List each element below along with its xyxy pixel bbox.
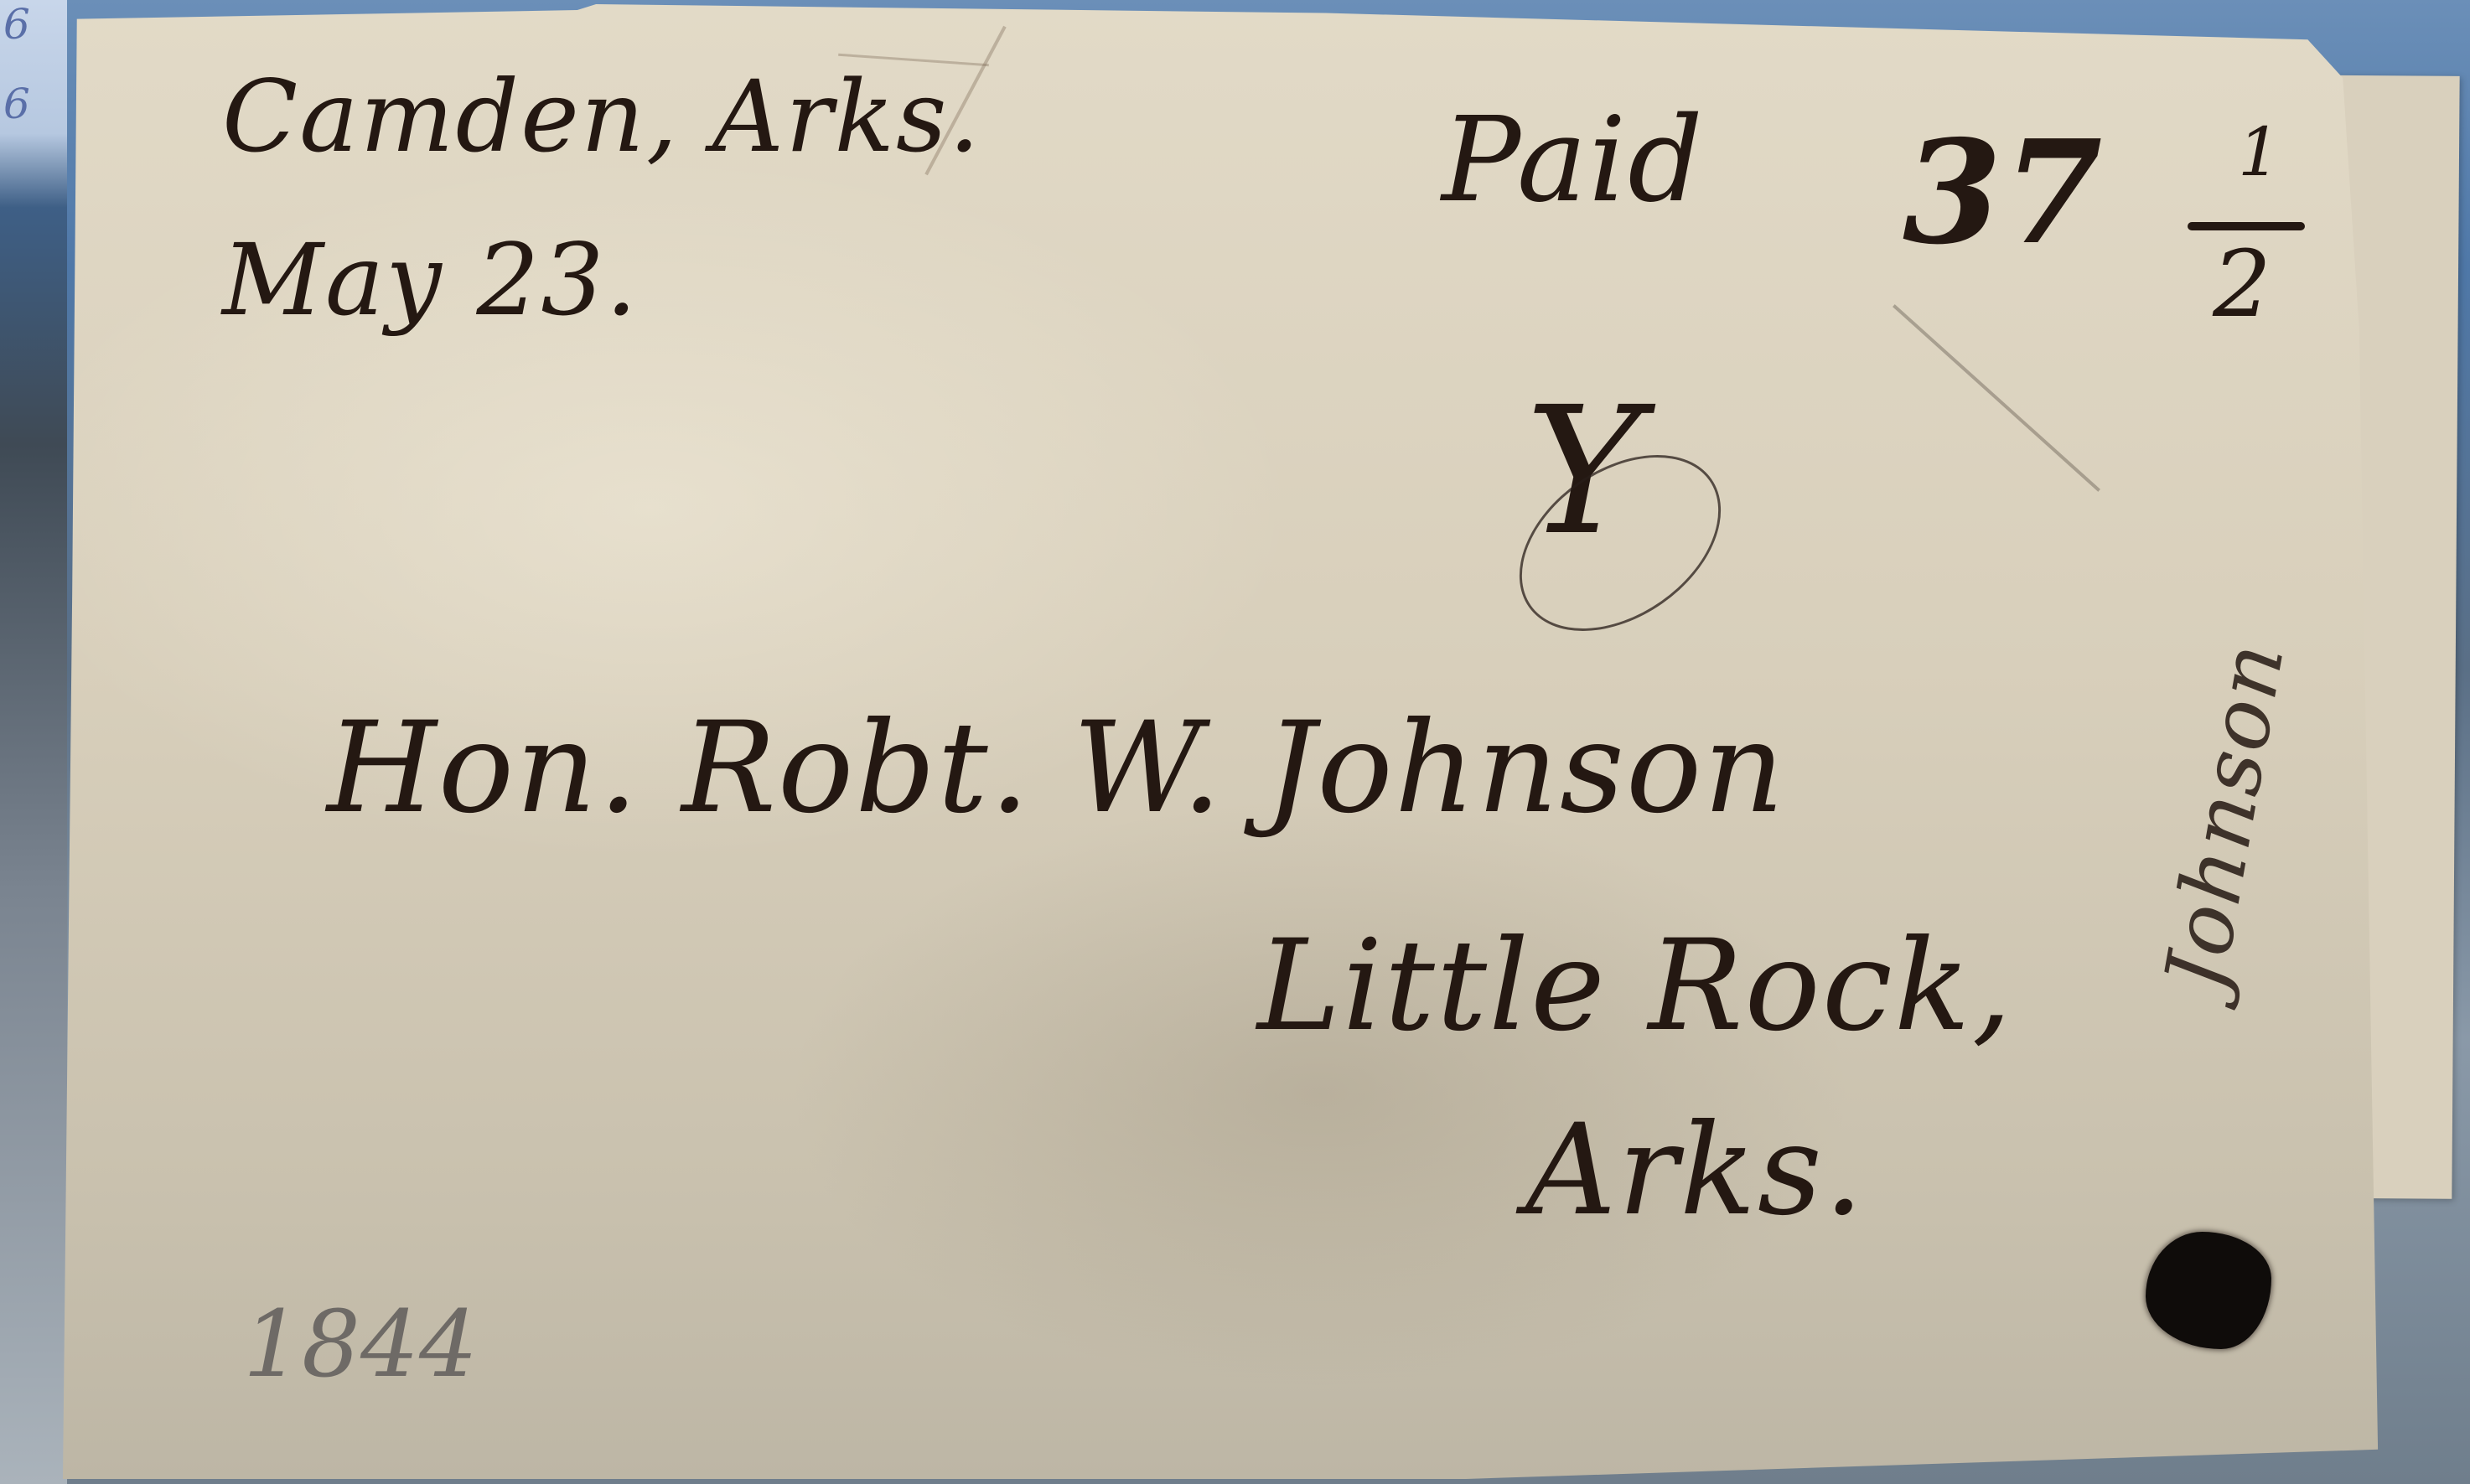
postage-fraction-denominator: 2 (2213, 230, 2273, 338)
address-state: Arks. (1525, 1098, 1866, 1244)
origin-town: Camden, Arks. (222, 59, 981, 174)
fraction-bar (2188, 222, 2305, 230)
address-city: Little Rock, (1257, 913, 2013, 1059)
background-note: 6 (3, 80, 30, 128)
background-card: 6 6 (0, 0, 67, 1484)
postage-amount: 37 (1903, 109, 2105, 277)
postage-paid-label: Paid (1442, 92, 1705, 229)
origin-date: May 23. (222, 222, 639, 338)
address-name: Hon. Robt. W. Johnson (327, 695, 1786, 841)
background-note: 6 (3, 0, 30, 49)
ink-blot (2146, 1232, 2271, 1349)
photo-scene: 6 6 Camden, Arks. May 23. Paid 37 1 2 Y … (0, 0, 2470, 1484)
pencil-year-note: 1844 (243, 1290, 478, 1398)
postage-fraction-numerator: 1 (2238, 113, 2282, 191)
